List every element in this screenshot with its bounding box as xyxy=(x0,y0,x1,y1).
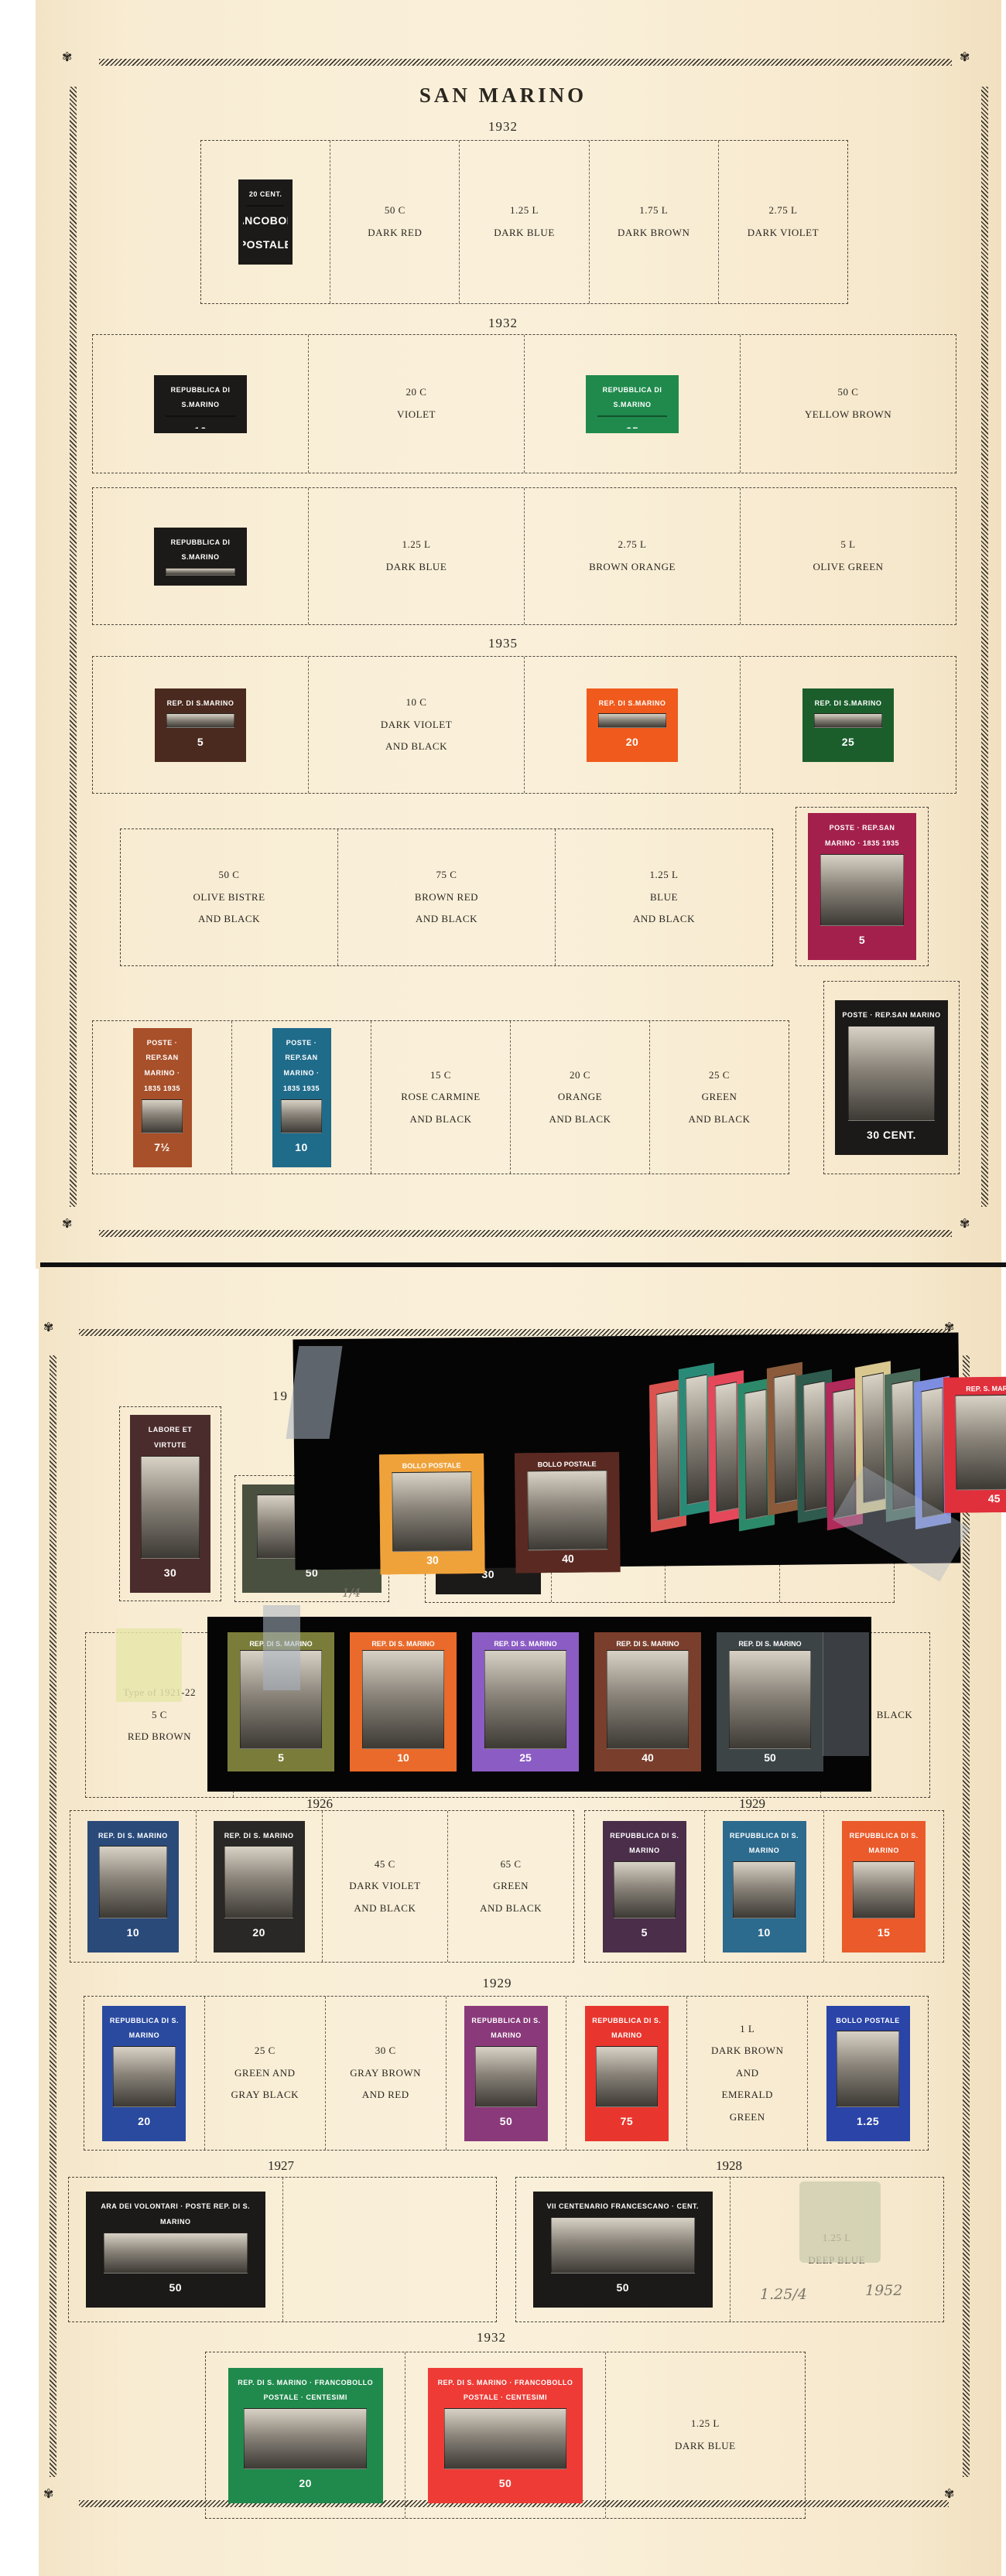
color-description: AND BLACK xyxy=(480,1898,542,1920)
denomination: 1.25 L xyxy=(402,534,431,556)
stamp-10c-onofri: REP. DI S. MARINO10 xyxy=(87,1821,179,1952)
stamp-space: 20 CVIOLET xyxy=(309,335,525,473)
stamp-vignette xyxy=(820,854,903,927)
section-year-partial: 19 xyxy=(272,1389,289,1404)
color-description: OLIVE BISTRE xyxy=(193,887,265,909)
stamp-75c-garibaldi: REPUBBLICA DI S.MARINO xyxy=(154,528,247,586)
stamp-row: 50 COLIVE BISTREAND BLACK75 CBROWN REDAN… xyxy=(120,828,773,966)
stamp-space: REP. DI S. MARINO · FRANCOBOLLO POSTALE … xyxy=(405,2352,605,2518)
color-description: DARK BROWN xyxy=(711,2040,783,2062)
denomination: 25 C xyxy=(255,2040,275,2062)
stamp-denomination: 1.25 xyxy=(857,2110,879,2134)
stamp-20c-onofri: REP. DI S. MARINO20 xyxy=(214,1821,305,1952)
stamp-space: 50 COLIVE BISTREAND BLACK xyxy=(121,829,338,965)
denomination: 25 C xyxy=(709,1064,730,1087)
page1-border-top xyxy=(99,59,952,66)
color-description: GRAY BLACK xyxy=(231,2084,299,2106)
stamp-slot: POSTE · REP.SAN MARINO · 1835 19355 xyxy=(796,807,929,966)
stamp-space: REP. DI S.MARINO5 xyxy=(93,657,309,793)
stamp-denomination: 30 xyxy=(164,1561,177,1585)
denomination: 2.75 L xyxy=(768,200,797,222)
color-description: AND BLACK xyxy=(416,908,477,931)
stamp-75c-view: REPUBBLICA DI S. MARINO75 xyxy=(585,2006,669,2141)
stamp-denomination: 50 xyxy=(616,2276,629,2300)
stamp-space: REPUBBLICA DI S. MARINO15 xyxy=(824,1811,943,1962)
stamp-denomination: 5 xyxy=(197,730,204,754)
stamp-denomination: 7½ xyxy=(154,1136,169,1160)
empty-stamp-space xyxy=(283,2178,497,2321)
stamp-vignette xyxy=(814,713,883,727)
stamp-space: POSTE · REP.SAN MARINO · 1835 19355 xyxy=(796,808,928,965)
stamp-denomination: 20 xyxy=(252,1921,265,1945)
stamp-label-top: REPUBBLICA DI S. MARINO xyxy=(848,1829,919,1860)
section-year: 1935 xyxy=(0,636,1006,651)
stamp-space: 5 LOLIVE GREEN xyxy=(741,488,956,624)
denomination: 1.25 L xyxy=(691,2413,720,2435)
section-year: 1926 xyxy=(306,1796,333,1812)
stamp-vignette xyxy=(444,2408,566,2469)
corner-ornament-icon: ✾ xyxy=(62,1216,93,1247)
stamp-vignette xyxy=(837,2031,898,2106)
section-year: 1929 xyxy=(739,1796,765,1812)
stamp-label-top: REP. DI S. MARINO xyxy=(616,1640,679,1648)
stamp-10c-delfico: POSTE · REP.SAN MARINO · 1835 193510 xyxy=(272,1028,331,1167)
stamp-label-top: REPUBBLICA DI S.MARINO xyxy=(160,383,241,414)
color-description: EMERALD xyxy=(722,2084,773,2106)
color-description: AND BLACK xyxy=(633,908,695,931)
stamp-label-top: REPUBBLICA DI S. MARINO xyxy=(108,2014,180,2045)
stamp-5c-fasci: REP. DI S.MARINO5 xyxy=(155,688,246,762)
stamp-20c-fasci: REP. DI S.MARINO20 xyxy=(587,688,678,762)
stamp-space: 1 LDARK BROWNANDEMERALDGREEN xyxy=(687,1997,808,2150)
denomination: 65 C xyxy=(501,1853,522,1876)
stamp-denomination: 25 xyxy=(519,1751,532,1764)
stamp-vignette xyxy=(614,1861,676,1918)
stamp-space: 2.75 LBROWN ORANGE xyxy=(525,488,741,624)
stamp-30c-labore-et-virtute: LABORE ET VIRTUTE30 xyxy=(130,1415,210,1593)
stamp-label-top: REPUBBLICA DI S. MARINO xyxy=(470,2014,542,2045)
stamp-label-top: REP. DI S. MARINO xyxy=(494,1640,556,1648)
mount-strip xyxy=(263,1605,300,1690)
stamp-space: POSTE · REP.SAN MARINO · 1835 19357½ xyxy=(93,1021,232,1174)
stamp-label-top: POSTE · REP.SAN MARINO · 1835 1935 xyxy=(814,821,910,852)
stamp-30c-arms-orange: BOLLO POSTALE30 xyxy=(379,1454,485,1574)
stamp-50c-ara-dei-volontari: ARA DEI VOLONTARI · POSTE REP. DI S. MAR… xyxy=(86,2192,265,2308)
stamp-space: VII CENTENARIO FRANCESCANO · CENT.50 xyxy=(516,2178,731,2321)
denomination: 20 C xyxy=(406,381,427,404)
color-description: AND BLACK xyxy=(549,1109,611,1131)
page-title: SAN MARINO xyxy=(0,84,1006,108)
color-description: DARK BLUE xyxy=(386,556,447,579)
color-description: VIOLET xyxy=(397,404,436,426)
denomination: 50 C xyxy=(219,864,240,887)
stamp-5c-view: REPUBBLICA DI S. MARINO5 xyxy=(603,1821,686,1952)
stamp-vignette xyxy=(597,415,667,417)
stamp-space: 1.75 LDARK BROWN xyxy=(590,141,719,303)
color-description: DARK BROWN xyxy=(618,222,689,244)
stamp-label-top: REPUBBLICA DI S. MARINO xyxy=(591,2014,662,2045)
stamp-row: REPUBBLICA DI S. MARINO5REPUBBLICA DI S.… xyxy=(584,1810,944,1963)
stamp-vignette xyxy=(484,1650,566,1749)
stamp-space: REP. DI S.MARINO20 xyxy=(525,657,741,793)
page-separator xyxy=(40,1262,1006,1267)
stamp-50c-ferrovia: REP. DI S. MARINO · FRANCOBOLLO POSTALE … xyxy=(428,2368,583,2503)
stamp-denomination: 10 xyxy=(194,419,207,432)
stamp-vignette xyxy=(141,1456,200,1560)
stamp-space: 1.25 LDARK BLUE xyxy=(460,141,589,303)
stamp-denomination: 10 xyxy=(295,1136,308,1160)
color-description: AND xyxy=(736,2062,759,2085)
stamp-vignette xyxy=(596,2046,658,2107)
stamp-vignette xyxy=(99,1846,168,1918)
color-description: GREEN AND xyxy=(234,2062,296,2085)
stamp-25c-garibaldi: REPUBBLICA DI S.MARINO25 xyxy=(586,375,679,433)
stamp-vignette xyxy=(281,1099,322,1133)
stamp-row: REP. DI S.MARINO510 CDARK VIOLETAND BLAC… xyxy=(92,656,956,794)
stamp-denomination: 40 xyxy=(562,1553,574,1565)
stamp-label-top: REP. DI S. MARINO xyxy=(371,1640,434,1648)
color-description: BLUE xyxy=(650,887,678,909)
stamp-7-half-c-delfico: POSTE · REP.SAN MARINO · 1835 19357½ xyxy=(133,1028,192,1167)
stamp-40c-mount-titano: REP. DI S. MARINO40 xyxy=(594,1632,701,1771)
stamp-vignette xyxy=(104,2233,248,2274)
stamp-label-top: REP. DI S. MARINO xyxy=(738,1640,801,1648)
stamp-space: 10 CDARK VIOLETAND BLACK xyxy=(309,657,525,793)
stamp-5c-delfico: POSTE · REP.SAN MARINO · 1835 19355 xyxy=(808,813,916,960)
section-year: 1928 xyxy=(716,2158,742,2174)
stamp-label-top: REP. DI S.MARINO xyxy=(815,696,882,712)
stamp-45c-francobollo: REP. S. MARINO45 xyxy=(943,1376,1006,1512)
pencil-note: 1.25/4 xyxy=(760,2286,807,2303)
stamp-label-top: REPUBBLICA DI S. MARINO xyxy=(729,1829,800,1860)
hinge-tab xyxy=(116,1628,182,1702)
color-description: GREEN xyxy=(702,1086,737,1109)
stamp-space: 1.25 LDARK BLUE xyxy=(309,488,525,624)
stamp-denomination: 15 xyxy=(878,1921,891,1945)
section-year: 1932 xyxy=(0,316,1006,331)
stamp-space: 2.75 LDARK VIOLET xyxy=(719,141,847,303)
stamp-label-top: REP. DI S. MARINO xyxy=(224,1829,294,1844)
color-description: AND BLACK xyxy=(410,1109,472,1131)
corner-ornament-icon: ✾ xyxy=(43,2486,74,2517)
stamp-20c-ferrovia: REP. DI S. MARINO · FRANCOBOLLO POSTALE … xyxy=(228,2368,383,2503)
stamp-space: REPUBBLICA DI S.MARINO10 xyxy=(93,335,309,473)
stamp-denomination: 20 xyxy=(626,730,639,754)
stamp-denomination: FRANCOBOLLO POSTALE xyxy=(238,209,293,257)
stamp-denomination: 30 CENT. xyxy=(867,1123,916,1147)
stamp-label-top: POSTE · REP.SAN MARINO xyxy=(842,1008,940,1023)
stamp-denomination: 10 xyxy=(397,1751,409,1764)
corner-ornament-icon: ✾ xyxy=(960,1216,991,1247)
stamp-space: 20 CENT.FRANCOBOLLO POSTALE xyxy=(201,141,330,303)
stamp-vignette xyxy=(392,1471,472,1552)
stamp-label-top: REPUBBLICA DI S. MARINO xyxy=(609,1829,680,1860)
color-description: GREEN xyxy=(730,2106,765,2129)
denomination: 1.75 L xyxy=(639,200,668,222)
mount-strip xyxy=(823,1632,869,1756)
denomination: 30 C xyxy=(375,2040,396,2062)
color-description: BROWN RED xyxy=(415,887,478,909)
stamp-vignette xyxy=(803,1381,826,1512)
stamp-10c-garibaldi: REPUBBLICA DI S.MARINO10 xyxy=(154,375,247,433)
stamp-vignette xyxy=(166,415,235,417)
stamp-vignette xyxy=(607,1650,689,1749)
stamp-20c-palazzetto: 20 CENT.FRANCOBOLLO POSTALE xyxy=(238,179,293,265)
stamp-space: 50 CDARK RED xyxy=(330,141,460,303)
stamp-30c-delfico-statue: POSTE · REP.SAN MARINO30 CENT. xyxy=(835,1000,948,1155)
color-description: OLIVE GREEN xyxy=(813,556,883,579)
stamp-label-top: BOLLO POSTALE xyxy=(538,1460,597,1468)
color-description: DARK VIOLET xyxy=(748,222,819,244)
stamp-vignette xyxy=(686,1374,708,1505)
stamp-denomination: 30 xyxy=(426,1554,439,1566)
stamp-space: 75 CBROWN REDAND BLACK xyxy=(338,829,556,965)
stamp-space: 65 CGREENAND BLACK xyxy=(448,1811,573,1962)
stamp-label-top: REP. DI S.MARINO xyxy=(167,696,234,712)
stock-card: REP. DI S. MARINO5REP. DI S. MARINO10REP… xyxy=(207,1617,871,1792)
pencil-note: 1/4 xyxy=(342,1586,361,1600)
denomination: 1.25 L xyxy=(510,200,539,222)
stamp-row: ARA DEI VOLONTARI · POSTE REP. DI S. MAR… xyxy=(68,2177,497,2322)
stamp-vignette xyxy=(113,2046,175,2107)
stamp-row: REPUBBLICA DI S.MARINO1.25 LDARK BLUE2.7… xyxy=(92,487,956,625)
color-description: RED BROWN xyxy=(128,1726,191,1748)
stamp-row: REP. DI S. MARINO · FRANCOBOLLO POSTALE … xyxy=(205,2352,806,2519)
corner-ornament-icon: ✾ xyxy=(43,1320,74,1351)
stamp-denomination: 50 xyxy=(499,2472,512,2496)
stamp-vignette xyxy=(848,1026,936,1121)
denomination: 20 C xyxy=(570,1064,590,1087)
stamp-slot: LABORE ET VIRTUTE30 xyxy=(119,1406,221,1601)
stamp-space: REPUBBLICA DI S. MARINO10 xyxy=(705,1811,825,1962)
stamp-space: REP. DI S.MARINO25 xyxy=(741,657,956,793)
denomination: 75 C xyxy=(436,864,457,887)
stamp-space: REP. DI S. MARINO10 xyxy=(70,1811,197,1962)
denomination: 5 C xyxy=(152,1704,167,1727)
color-description: DARK BLUE xyxy=(675,2435,736,2458)
stamp-space: LABORE ET VIRTUTE30 xyxy=(120,1407,221,1601)
denomination: 50 C xyxy=(385,200,405,222)
stamp-label-top: REP. S. MARINO xyxy=(966,1385,1006,1393)
color-description: DARK RED xyxy=(368,222,422,244)
stamp-vignette xyxy=(733,1861,795,1918)
stamp-label-top: REPUBBLICA DI S.MARINO xyxy=(592,383,672,414)
stamp-space: REP. DI S. MARINO20 xyxy=(197,1811,323,1962)
stamp-15c-view: REPUBBLICA DI S. MARINO15 xyxy=(842,1821,926,1952)
stamp-denomination: 50 xyxy=(764,1751,776,1764)
stamp-vignette xyxy=(744,1389,767,1520)
stamp-row: REPUBBLICA DI S. MARINO2025 CGREEN ANDGR… xyxy=(84,1996,929,2151)
section-year: 1929 xyxy=(0,1976,1006,1991)
stamp-vignette xyxy=(244,2408,366,2469)
stamp-10c-mount-titano: REP. DI S. MARINO10 xyxy=(350,1632,457,1771)
stamp-vignette xyxy=(774,1373,796,1504)
section-year: 1932 xyxy=(0,2330,1006,2345)
page1-border-bottom xyxy=(99,1230,952,1237)
color-description: AND BLACK xyxy=(385,736,447,758)
stamp-row: 20 CENT.FRANCOBOLLO POSTALE50 CDARK RED1… xyxy=(200,140,848,304)
stamp-space: 45 CDARK VIOLETAND BLACK xyxy=(323,1811,449,1962)
stamp-10c-view: REPUBBLICA DI S. MARINO10 xyxy=(723,1821,806,1952)
stamp-slot: POSTE · REP.SAN MARINO30 CENT. xyxy=(823,981,960,1174)
stamp-vignette xyxy=(656,1390,679,1521)
stamp-label-top: ARA DEI VOLONTARI · POSTE REP. DI S. MAR… xyxy=(92,2199,259,2230)
stamp-space: 20 CORANGEAND BLACK xyxy=(511,1021,650,1174)
stamp-label-top: REPUBBLICA DI S.MARINO xyxy=(160,535,241,566)
denomination: 1.25 L xyxy=(650,864,679,887)
stamp-label-top: POSTE · REP.SAN MARINO · 1835 1935 xyxy=(279,1036,325,1097)
stamp-label-top: 20 CENT. xyxy=(249,187,282,203)
color-description: DARK VIOLET xyxy=(349,1875,420,1898)
color-description: ORANGE xyxy=(558,1086,602,1109)
stamp-vignette xyxy=(224,1846,293,1918)
stamp-space: 25 CGREENAND BLACK xyxy=(650,1021,789,1174)
stamp-denomination: 45 xyxy=(988,1492,1001,1505)
stamp-space: REPUBBLICA DI S.MARINO xyxy=(93,488,309,624)
stamp-denomination: 40 xyxy=(642,1751,654,1764)
stamp-space: REP. DI S. MARINO · FRANCOBOLLO POSTALE … xyxy=(206,2352,405,2518)
color-description: ROSE CARMINE xyxy=(401,1086,480,1109)
stamp-50c-centenario-francescano: VII CENTENARIO FRANCESCANO · CENT.50 xyxy=(533,2192,713,2308)
stamp-vignette xyxy=(956,1395,1006,1491)
stamp-denomination: 50 xyxy=(169,2276,182,2300)
stamp-label-top: VII CENTENARIO FRANCESCANO · CENT. xyxy=(546,2199,699,2215)
color-description: GRAY BROWN xyxy=(350,2062,421,2085)
stamp-label-top: BOLLO POSTALE xyxy=(402,1461,461,1470)
stamp-label-top: BOLLO POSTALE xyxy=(836,2014,899,2029)
stamp-space: REPUBBLICA DI S. MARINO50 xyxy=(447,1997,567,2150)
stamp-denomination: 10 xyxy=(758,1921,771,1945)
color-description: BROWN ORANGE xyxy=(589,556,676,579)
section-year: 1927 xyxy=(268,2158,294,2174)
stamp-vignette xyxy=(247,205,284,207)
stamp-space: 50 CYELLOW BROWN xyxy=(741,335,956,473)
denomination: 45 C xyxy=(375,1853,395,1876)
stamp-label-top: REP. DI S. MARINO · FRANCOBOLLO POSTALE … xyxy=(234,2376,377,2407)
stamp-vignette xyxy=(921,1387,943,1518)
color-description: AND BLACK xyxy=(689,1109,751,1131)
stamp-vignette xyxy=(166,713,235,727)
stamp-space: 30 CGRAY BROWNAND RED xyxy=(326,1997,447,2150)
stamp-label-top: REP. DI S.MARINO xyxy=(599,696,666,712)
stamp-denomination: 10 xyxy=(127,1921,140,1945)
stamp-space: 15 CROSE CARMINEAND BLACK xyxy=(371,1021,511,1174)
stamp-25c-mount-titano: REP. DI S. MARINO25 xyxy=(472,1632,579,1771)
stamp-space: REPUBBLICA DI S.MARINO25 xyxy=(525,335,741,473)
stamp-vignette xyxy=(729,1650,811,1749)
stamp-vignette xyxy=(527,1470,607,1550)
corner-ornament-icon: ✾ xyxy=(62,50,93,80)
denomination: 15 C xyxy=(430,1064,451,1087)
stamp-denomination: 20 xyxy=(138,2110,151,2134)
stamp-space: REPUBBLICA DI S. MARINO75 xyxy=(566,1997,687,2150)
stamp-space: REPUBBLICA DI S. MARINO5 xyxy=(585,1811,705,1962)
stamp-row: REP. DI S. MARINO10REP. DI S. MARINO2045… xyxy=(70,1810,574,1963)
stamp-space: POSTE · REP.SAN MARINO30 CENT. xyxy=(824,982,959,1174)
page2-border-left xyxy=(50,1355,56,2477)
stamp-denomination: 25 xyxy=(842,730,855,754)
color-description: BLACK xyxy=(877,1704,913,1727)
section-year: 1932 xyxy=(0,119,1006,135)
color-description: AND BLACK xyxy=(198,908,260,931)
stamp-label-top: REP. DI S. MARINO xyxy=(98,1829,168,1844)
color-description: AND RED xyxy=(362,2084,409,2106)
stamp-label-top: LABORE ET VIRTUTE xyxy=(136,1423,204,1454)
stamp-space: 25 CGREEN ANDGRAY BLACK xyxy=(205,1997,326,2150)
stamp-denomination: 25 xyxy=(626,419,639,432)
corner-ornament-icon: ✾ xyxy=(944,2486,975,2517)
color-description: DARK BLUE xyxy=(494,222,555,244)
stamp-denomination: 5 xyxy=(278,1751,284,1764)
stamp-label-top: REP. DI S. MARINO · FRANCOBOLLO POSTALE … xyxy=(434,2376,577,2407)
stamp-vignette xyxy=(362,1650,444,1749)
stamp-row: REPUBBLICA DI S.MARINO1020 CVIOLETREPUBB… xyxy=(92,334,956,473)
stamp-denomination: 50 xyxy=(500,2110,513,2134)
stamp-space: 1.25 LBLUEAND BLACK xyxy=(556,829,772,965)
denomination: 1 L xyxy=(740,2018,754,2041)
stamp-row: POSTE · REP.SAN MARINO · 1835 19357½POST… xyxy=(92,1020,789,1174)
stamp-vignette xyxy=(475,2046,537,2107)
stamp-vignette xyxy=(142,1099,183,1133)
stamp-label-top: POSTE · REP.SAN MARINO · 1835 1935 xyxy=(139,1036,186,1097)
denomination: 2.75 L xyxy=(618,534,647,556)
stamp-vignette xyxy=(598,713,667,727)
stamp-denomination: 20 xyxy=(299,2472,312,2496)
stamp-40c-arms-brown: BOLLO POSTALE40 xyxy=(515,1452,621,1573)
stamp-vignette xyxy=(166,568,235,575)
stamp-vignette xyxy=(715,1382,737,1512)
stamp-space: 1.25 LDARK BLUE xyxy=(606,2352,805,2518)
stamp-25c-fasci: REP. DI S.MARINO25 xyxy=(802,688,894,762)
denomination: 10 C xyxy=(406,692,427,714)
hinge-tab xyxy=(799,2181,881,2263)
stamp-20c-view: REPUBBLICA DI S. MARINO20 xyxy=(102,2006,186,2141)
stamp-vignette xyxy=(551,2217,695,2274)
stamp-denomination: 5 xyxy=(642,1921,648,1945)
stamp-50c-mount-titano: REP. DI S. MARINO50 xyxy=(717,1632,823,1771)
stamp-50c-view: REPUBBLICA DI S. MARINO50 xyxy=(464,2006,548,2141)
denomination: 50 C xyxy=(838,381,859,404)
color-description: GREEN xyxy=(493,1875,529,1898)
stamp-space: ARA DEI VOLONTARI · POSTE REP. DI S. MAR… xyxy=(69,2178,283,2321)
stamp-denomination: 5 xyxy=(859,928,865,952)
stamp-space: BOLLO POSTALE1.25 xyxy=(808,1997,928,2150)
corner-ornament-icon: ✾ xyxy=(960,50,991,80)
stamp-space: REPUBBLICA DI S. MARINO20 xyxy=(84,1997,205,2150)
color-description: AND BLACK xyxy=(354,1898,416,1920)
stamp-1-25l-palazzo: BOLLO POSTALE1.25 xyxy=(826,2006,910,2141)
stamp-denomination: 75 xyxy=(621,2110,634,2134)
denomination: 5 L xyxy=(840,534,855,556)
color-description: DARK VIOLET xyxy=(381,714,452,736)
stamp-space: POSTE · REP.SAN MARINO · 1835 193510 xyxy=(232,1021,371,1174)
pencil-note: 1952 xyxy=(865,2282,902,2299)
stamp-vignette xyxy=(853,1861,915,1918)
color-description: YELLOW BROWN xyxy=(805,404,891,426)
